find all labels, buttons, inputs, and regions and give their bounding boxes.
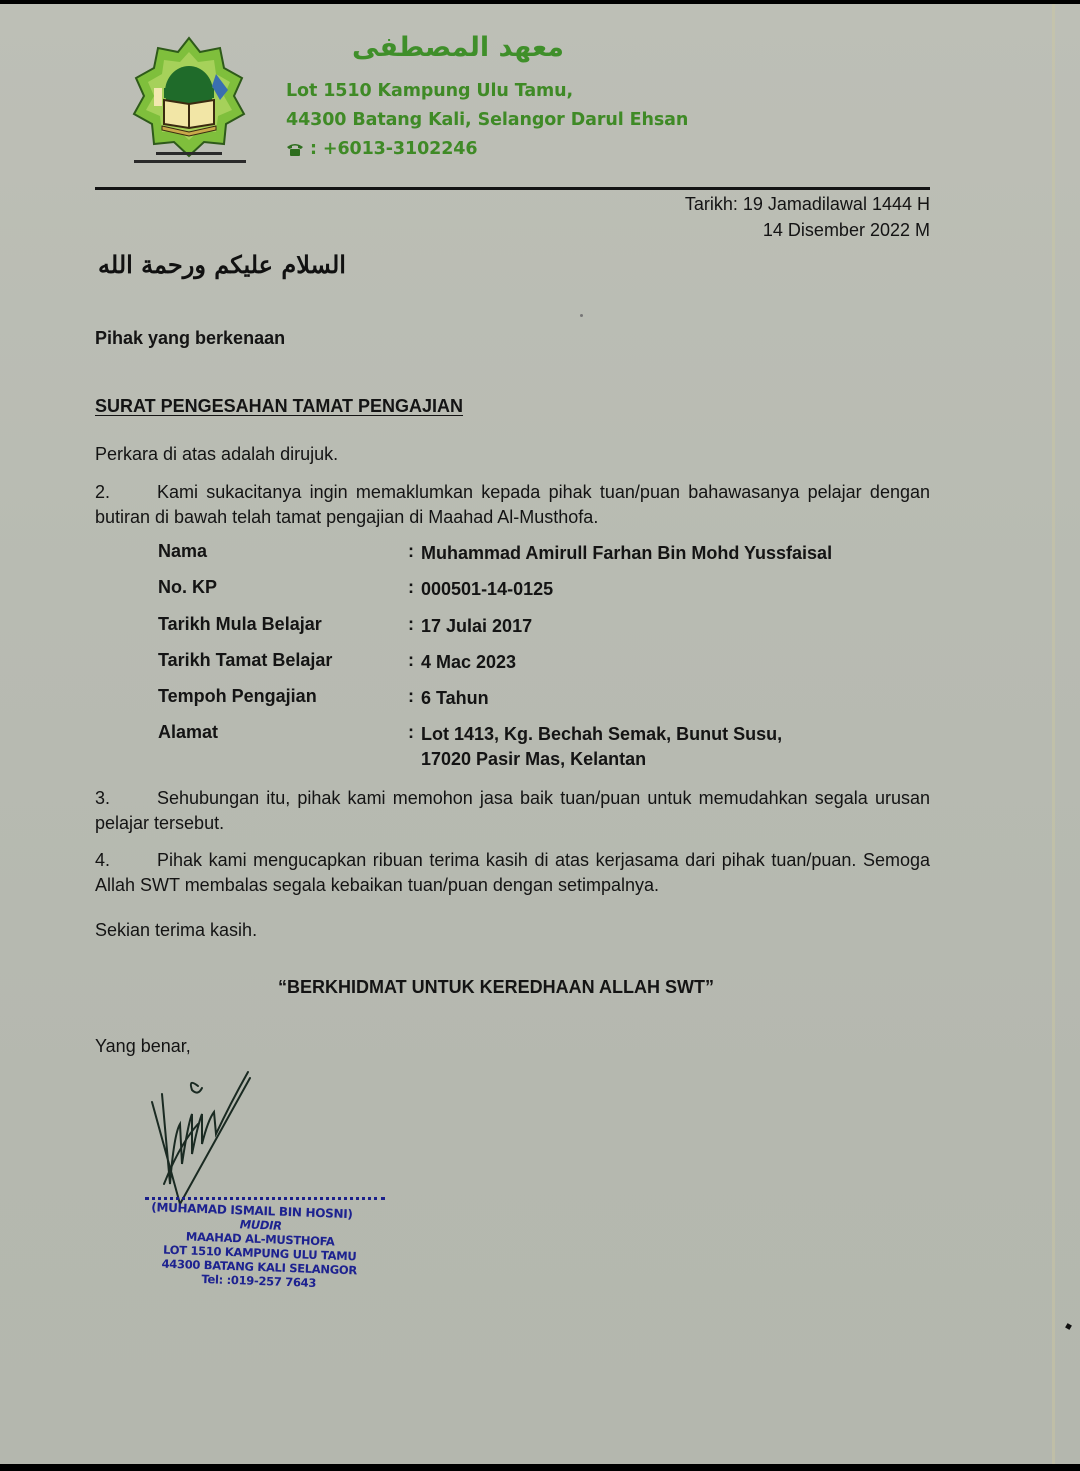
official-stamp: (MUHAMAD ISMAIL BIN HOSNI) MUDIR MAAHAD …: [139, 1200, 382, 1292]
detail-value: 4 Mac 2023: [421, 650, 918, 675]
date-gregorian: 14 Disember 2022 M: [763, 220, 930, 241]
detail-separator: :: [408, 686, 421, 707]
sign-off: Yang benar,: [95, 1036, 191, 1057]
date-hijri: Tarikh: 19 Jamadilawal 1444 H: [685, 194, 930, 215]
detail-separator: :: [408, 650, 421, 671]
paper-speck: [580, 314, 583, 317]
institute-crest-icon: [128, 34, 250, 170]
detail-row-start-date: Tarikh Mula Belajar : 17 Julai 2017: [158, 614, 918, 650]
detail-separator: :: [408, 577, 421, 598]
letter-subject: SURAT PENGESAHAN TAMAT PENGAJIAN: [95, 396, 463, 417]
header-divider: [95, 187, 930, 190]
detail-label: No. KP: [158, 577, 408, 598]
reference-line: Perkara di atas adalah dirujuk.: [95, 444, 338, 465]
paragraph-text: Sehubungan itu, pihak kami memohon jasa …: [95, 788, 930, 833]
paragraph-3: 3.Sehubungan itu, pihak kami memohon jas…: [95, 786, 930, 836]
detail-row-name: Nama : Muhammad Amirull Farhan Bin Mohd …: [158, 541, 918, 577]
institute-name-arabic: معهد المصطفى: [352, 32, 564, 63]
detail-value: Muhammad Amirull Farhan Bin Mohd Yussfai…: [421, 541, 918, 566]
letter-page: معهد المصطفى Lot 1510 Kampung Ulu Tamu, …: [0, 4, 1080, 1464]
detail-value: 6 Tahun: [421, 686, 918, 711]
paragraph-text: Pihak kami mengucapkan ribuan terima kas…: [95, 850, 930, 895]
detail-label: Tarikh Tamat Belajar: [158, 650, 408, 671]
telephone-icon: [286, 142, 304, 157]
detail-row-duration: Tempoh Pengajian : 6 Tahun: [158, 686, 918, 722]
salutation-arabic: السلام عليكم ورحمة الله: [98, 250, 346, 279]
detail-row-end-date: Tarikh Tamat Belajar : 4 Mac 2023: [158, 650, 918, 686]
detail-row-ic-number: No. KP : 000501-14-0125: [158, 577, 918, 613]
detail-label: Alamat: [158, 722, 408, 743]
detail-label: Tarikh Mula Belajar: [158, 614, 408, 635]
motto: “BERKHIDMAT UNTUK KEREDHAAN ALLAH SWT”: [278, 977, 714, 998]
detail-row-address: Alamat : Lot 1413, Kg. Bechah Semak, Bun…: [158, 722, 918, 772]
address-line-2: 17020 Pasir Mas, Kelantan: [421, 749, 646, 769]
closing-line: Sekian terima kasih.: [95, 920, 257, 941]
detail-label: Nama: [158, 541, 408, 562]
paper-speck: [1065, 1323, 1072, 1330]
detail-value: 000501-14-0125: [421, 577, 918, 602]
phone-number: : +6013-3102246: [310, 139, 477, 159]
address-line-2: 44300 Batang Kali, Selangor Darul Ehsan: [286, 110, 688, 130]
signature: [140, 1064, 400, 1214]
detail-value: Lot 1413, Kg. Bechah Semak, Bunut Susu, …: [421, 722, 918, 772]
student-details: Nama : Muhammad Amirull Farhan Bin Mohd …: [158, 541, 918, 772]
signature-line: [145, 1197, 385, 1200]
recipient: Pihak yang berkenaan: [95, 328, 285, 349]
phone-line: : +6013-3102246: [286, 139, 477, 159]
paragraph-text: Kami sukacitanya ingin memaklumkan kepad…: [95, 482, 930, 527]
paragraph-number: 3.: [95, 786, 157, 811]
detail-separator: :: [408, 541, 421, 562]
address-line-1: Lot 1413, Kg. Bechah Semak, Bunut Susu,: [421, 724, 782, 744]
detail-label: Tempoh Pengajian: [158, 686, 408, 707]
paragraph-2: 2.Kami sukacitanya ingin memaklumkan kep…: [95, 480, 930, 530]
paragraph-number: 4.: [95, 848, 157, 873]
paragraph-number: 2.: [95, 480, 157, 505]
detail-separator: :: [408, 614, 421, 635]
detail-value: 17 Julai 2017: [421, 614, 918, 639]
address-line-1: Lot 1510 Kampung Ulu Tamu,: [286, 81, 573, 101]
detail-separator: :: [408, 722, 421, 743]
paragraph-4: 4.Pihak kami mengucapkan ribuan terima k…: [95, 848, 930, 898]
